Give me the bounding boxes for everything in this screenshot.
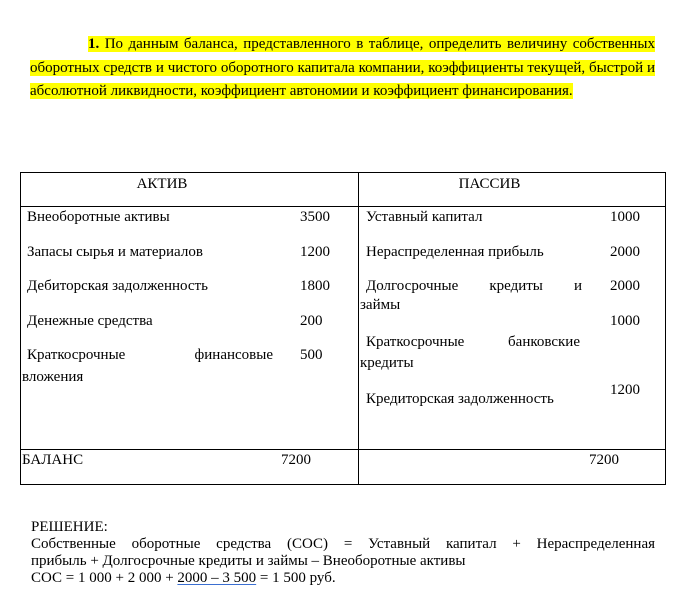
task-statement: 1. По данным баланса, представленного в …	[30, 33, 655, 104]
formula-line: прибыль + Долгосрочные кредиты и займы –…	[31, 553, 655, 570]
solution-block: РЕШЕНИЕ: Собственные оборотные средства …	[31, 519, 655, 587]
asset-value: 1200	[300, 244, 330, 261]
balance-label: БАЛАНС	[22, 452, 83, 469]
asset-label: Краткосрочные финансовые	[27, 347, 273, 364]
asset-value: 500	[300, 347, 323, 364]
liability-value: 2000	[610, 278, 640, 295]
liability-label: Нераспределенная прибыль	[366, 244, 544, 261]
asset-value: 200	[300, 313, 323, 330]
solution-heading: РЕШЕНИЕ:	[31, 519, 655, 536]
liability-label: Краткосрочные банковские	[366, 334, 580, 351]
calc-suffix: = 1 500 руб.	[256, 570, 335, 586]
balance-assets-total: 7200	[281, 452, 311, 469]
asset-value: 3500	[300, 209, 330, 226]
calculation-line: СОС = 1 000 + 2 000 + 2000 – 3 500 = 1 5…	[31, 570, 655, 587]
asset-label: Денежные средства	[27, 313, 153, 330]
balance-liabilities-total: 7200	[589, 452, 619, 469]
balance-footer-liabilities: 7200	[359, 450, 666, 485]
liabilities-cell: Уставный капитал 1000 Нераспределенная п…	[359, 207, 666, 450]
liability-label-cont: займы	[360, 297, 400, 314]
task-highlight: 1. По данным баланса, представленного в …	[30, 36, 655, 99]
liabilities-header-text: ПАССИВ	[459, 176, 521, 193]
asset-label: Запасы сырья и материалов	[27, 244, 203, 261]
liability-value: 1200	[610, 382, 640, 399]
asset-value: 1800	[300, 278, 330, 295]
asset-label: Внеоборотные активы	[27, 209, 170, 226]
spellcheck-underlined-text[interactable]: 2000 – 3 500	[177, 570, 256, 586]
asset-label-cont: вложения	[22, 369, 83, 386]
liability-label-cont: кредиты	[360, 355, 414, 372]
liability-value: 1000	[610, 313, 640, 330]
balance-footer-assets: БАЛАНС 7200	[21, 450, 359, 485]
liability-label: Уставный капитал	[366, 209, 482, 226]
task-number: 1.	[88, 36, 99, 52]
liabilities-header: ПАССИВ	[359, 173, 666, 207]
balance-table: АКТИВ ПАССИВ Внеоборотные активы 3500 За…	[20, 172, 666, 485]
assets-cell: Внеоборотные активы 3500 Запасы сырья и …	[21, 207, 359, 450]
liability-label: Долгосрочные кредиты и	[366, 278, 582, 295]
formula-line: Собственные оборотные средства (СОС) = У…	[31, 536, 655, 553]
assets-header-text: АКТИВ	[137, 176, 188, 193]
liability-value: 1000	[610, 209, 640, 226]
calc-prefix: СОС = 1 000 + 2 000 +	[31, 570, 177, 586]
liability-value: 2000	[610, 244, 640, 261]
asset-label: Дебиторская задолженность	[27, 278, 208, 295]
task-text: По данным баланса, представленного в таб…	[30, 36, 655, 99]
liability-label: Кредиторская задолженность	[366, 391, 554, 408]
assets-header: АКТИВ	[21, 173, 359, 207]
